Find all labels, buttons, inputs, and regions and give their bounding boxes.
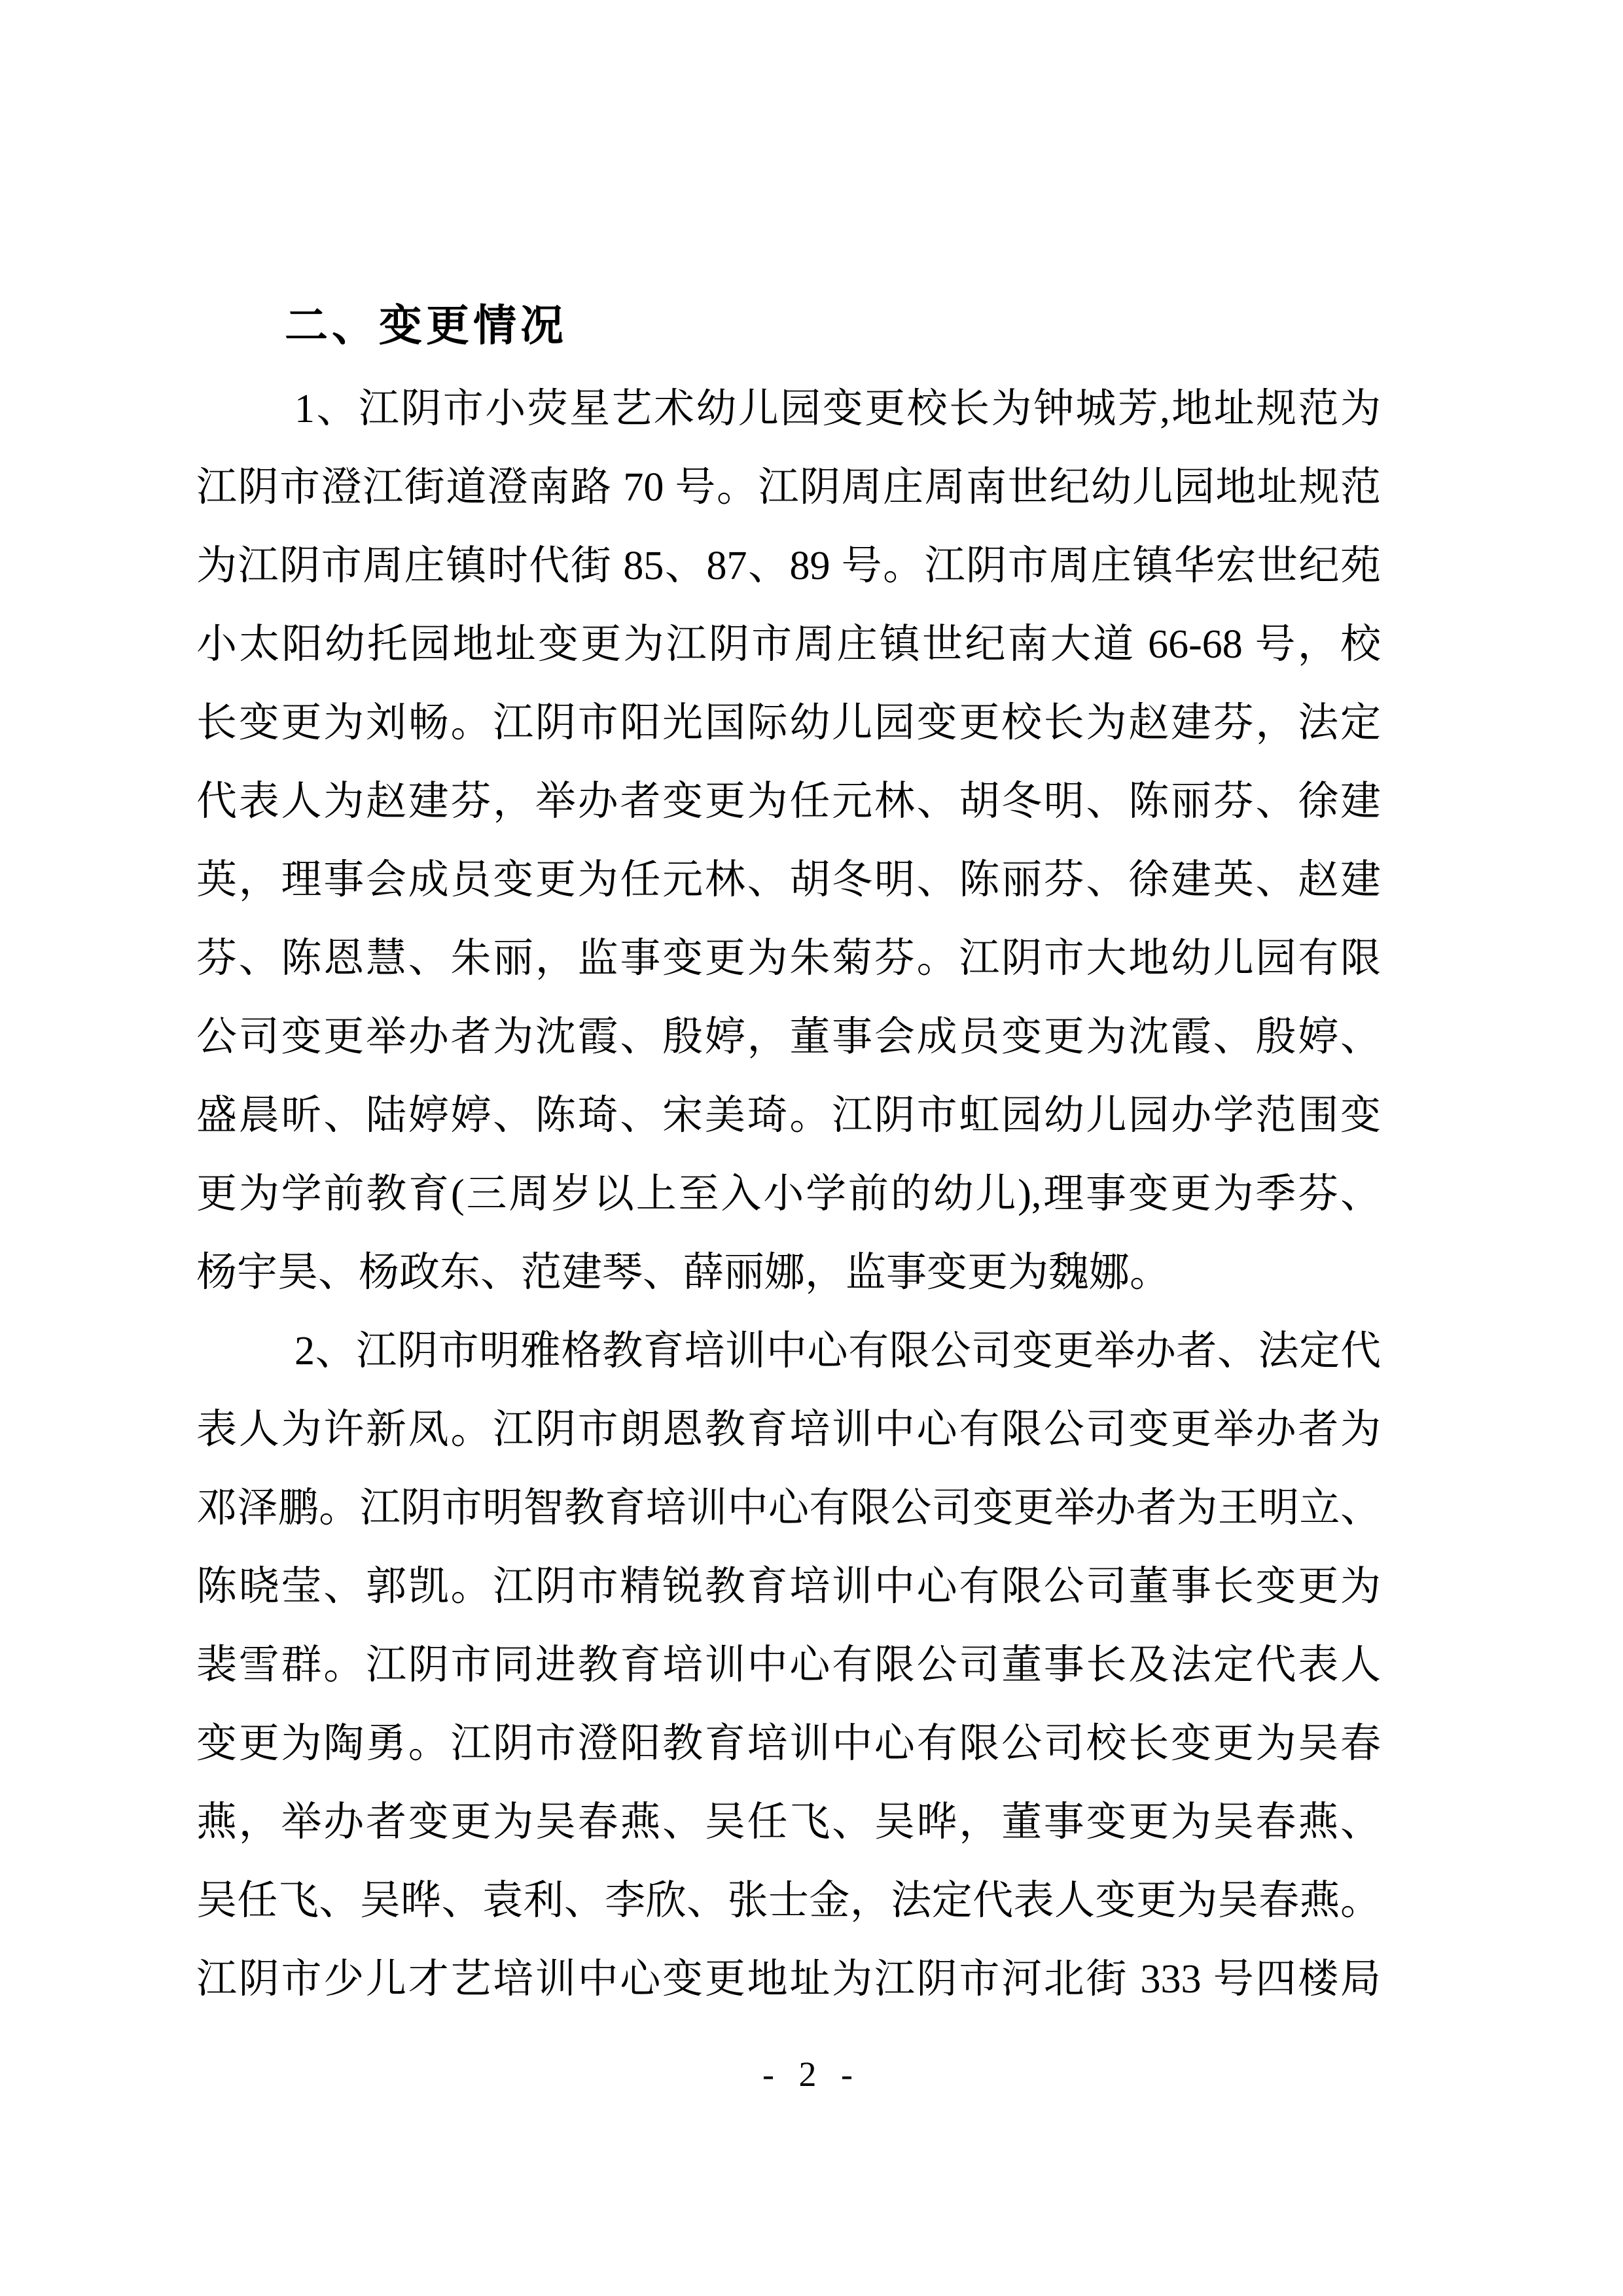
text-line: 杨宇昊、杨政东、范建琴、薛丽娜，监事变更为魏娜。 — [196, 1233, 1381, 1312]
paragraph-2: 2、江阴市明雅格教育培训中心有限公司变更举办者、法定代表人为许新凤。江阴市朗恩教… — [196, 1312, 1381, 2019]
text-line: 江阴市澄江街道澄南路 70 号。江阴周庄周南世纪幼儿园地址规范 — [196, 448, 1381, 527]
text-line: 陈晓莹、郭凯。江阴市精锐教育培训中心有限公司董事长变更为 — [196, 1547, 1381, 1626]
document-body: 二、变更情况 1、江阴市小荧星艺术幼儿园变更校长为钟城芳,地址规范为江阴市澄江街… — [196, 281, 1381, 2019]
text-line: 江阴市少儿才艺培训中心变更地址为江阴市河北街 333 号四楼局 — [196, 1940, 1381, 2019]
text-line: 英，理事会成员变更为任元林、胡冬明、陈丽芬、徐建英、赵建 — [196, 841, 1381, 919]
paragraph-1: 1、江阴市小荧星艺术幼儿园变更校长为钟城芳,地址规范为江阴市澄江街道澄南路 70… — [196, 370, 1381, 1312]
text-line: 吴任飞、吴晔、袁利、李欣、张士金，法定代表人变更为吴春燕。 — [196, 1862, 1381, 1940]
text-line: 裴雪群。江阴市同进教育培训中心有限公司董事长及法定代表人 — [196, 1626, 1381, 1704]
text-line: 燕，举办者变更为吴春燕、吴任飞、吴晔，董事变更为吴春燕、 — [196, 1783, 1381, 1862]
text-line: 公司变更举办者为沈霞、殷婷，董事会成员变更为沈霞、殷婷、 — [196, 998, 1381, 1076]
page-number: - 2 - — [0, 2051, 1623, 2097]
text-line: 表人为许新凤。江阴市朗恩教育培训中心有限公司变更举办者为 — [196, 1390, 1381, 1469]
text-line: 1、江阴市小荧星艺术幼儿园变更校长为钟城芳,地址规范为 — [196, 370, 1381, 448]
text-line: 代表人为赵建芬，举办者变更为任元林、胡冬明、陈丽芬、徐建 — [196, 762, 1381, 841]
document-page: 二、变更情况 1、江阴市小荧星艺术幼儿园变更校长为钟城芳,地址规范为江阴市澄江街… — [0, 0, 1623, 2296]
text-line: 为江阴市周庄镇时代街 85、87、89 号。江阴市周庄镇华宏世纪苑 — [196, 527, 1381, 605]
text-line: 更为学前教育(三周岁以上至入小学前的幼儿),理事变更为季芬、 — [196, 1155, 1381, 1233]
text-line: 变更为陶勇。江阴市澄阳教育培训中心有限公司校长变更为吴春 — [196, 1704, 1381, 1783]
text-line: 芬、陈恩慧、朱丽，监事变更为朱菊芬。江阴市大地幼儿园有限 — [196, 919, 1381, 998]
text-line: 盛晨昕、陆婷婷、陈琦、宋美琦。江阴市虹园幼儿园办学范围变 — [196, 1076, 1381, 1155]
text-line: 小太阳幼托园地址变更为江阴市周庄镇世纪南大道 66-68 号，校 — [196, 605, 1381, 684]
text-line: 邓泽鹏。江阴市明智教育培训中心有限公司变更举办者为王明立、 — [196, 1469, 1381, 1547]
text-line: 长变更为刘畅。江阴市阳光国际幼儿园变更校长为赵建芬，法定 — [196, 684, 1381, 762]
section-heading: 二、变更情况 — [196, 281, 1381, 370]
text-line: 2、江阴市明雅格教育培训中心有限公司变更举办者、法定代 — [196, 1312, 1381, 1390]
